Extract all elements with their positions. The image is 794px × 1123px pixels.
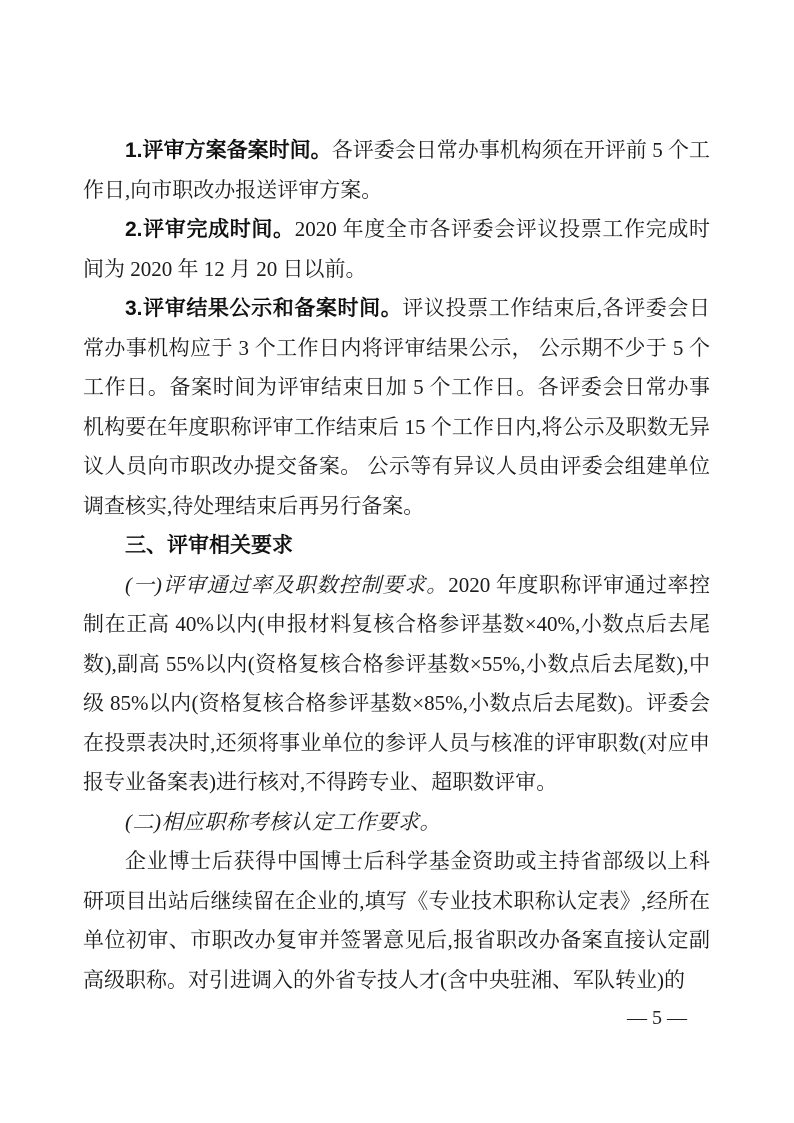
body-text: 企业博士后获得中国博士后科学基金资助或主持省部级以上科研项目出站后继续留在企业的…	[83, 849, 710, 992]
page-number: — 5 —	[627, 1005, 687, 1031]
body-text: 2020 年度职称评审通过率控制在正高 40%以内(申报材料复核合格参评基数×4…	[83, 573, 710, 795]
run-in-heading: 2.评审完成时间。	[125, 218, 295, 241]
para-plan-filing-time: 1.评审方案备案时间。各评委会日常办事机构须在开评前 5 个工作日,向市职改办报…	[83, 131, 710, 210]
para-enterprise-postdoc: 企业博士后获得中国博士后科学基金资助或主持省部级以上科研项目出站后继续留在企业的…	[83, 842, 710, 1000]
para-assessment-recognition: (二)相应职称考核认定工作要求。	[83, 803, 710, 843]
section-heading-review-requirements: 三、评审相关要求	[83, 526, 710, 566]
para-completion-time: 2.评审完成时间。2020 年度全市各评委会评议投票工作完成时间为 2020 年…	[83, 210, 710, 289]
document-page: 1.评审方案备案时间。各评委会日常办事机构须在开评前 5 个工作日,向市职改办报…	[0, 0, 794, 1123]
run-in-heading-kaiti: (二)相应职称考核认定工作要求。	[125, 810, 441, 834]
run-in-heading: 1.评审方案备案时间。	[125, 139, 332, 162]
body-text: 评议投票工作结束后,各评委会日常办事机构应于 3 个工作日内将评审结果公示， 公…	[83, 296, 710, 518]
para-result-publicity-filing: 3.评审结果公示和备案时间。评议投票工作结束后,各评委会日常办事机构应于 3 个…	[83, 289, 710, 526]
para-pass-rate-control: (一)评审通过率及职数控制要求。2020 年度职称评审通过率控制在正高 40%以…	[83, 566, 710, 803]
section-heading-text: 三、评审相关要求	[125, 534, 293, 557]
run-in-heading-kaiti: (一)评审通过率及职数控制要求。	[125, 573, 448, 597]
run-in-heading: 3.评审结果公示和备案时间。	[125, 297, 402, 320]
document-body: 1.评审方案备案时间。各评委会日常办事机构须在开评前 5 个工作日,向市职改办报…	[83, 131, 710, 1000]
